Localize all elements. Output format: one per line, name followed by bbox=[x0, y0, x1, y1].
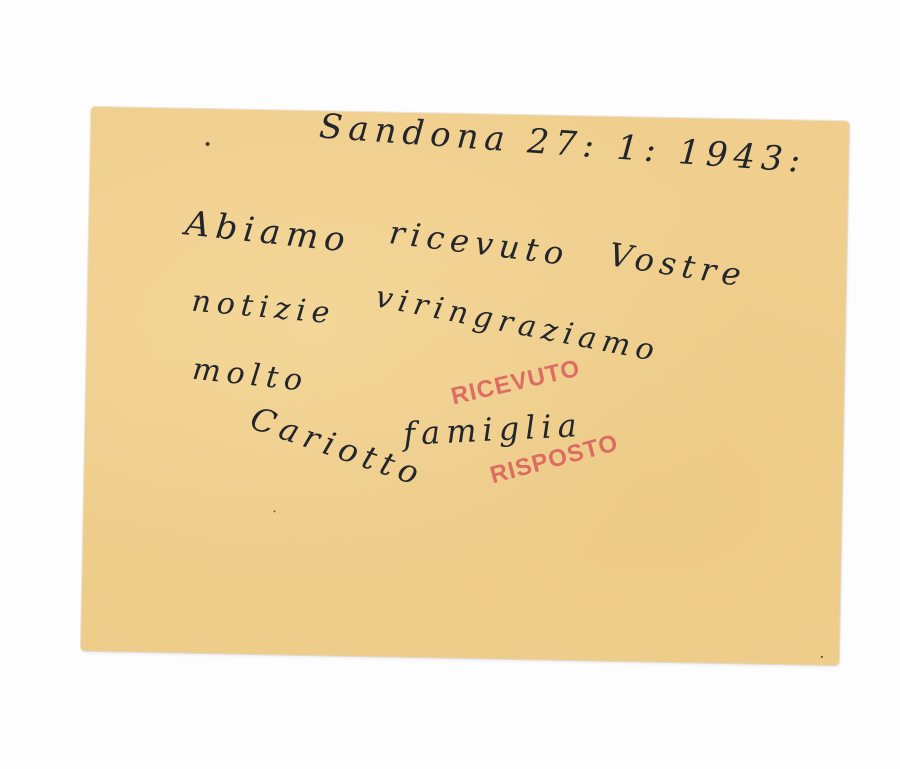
signature-surname: Cariotto bbox=[246, 399, 430, 494]
handwritten-word: notizie bbox=[190, 284, 337, 332]
handwritten-word: molto bbox=[191, 352, 310, 399]
ink-speck bbox=[821, 656, 823, 658]
handwritten-word: viringraziamo bbox=[373, 280, 663, 370]
scan-background: Sandona 27: 1: 1943: Abiamo ricevuto Vos… bbox=[0, 0, 900, 769]
handwritten-word: Abiamo bbox=[183, 203, 352, 260]
ink-speck bbox=[206, 142, 210, 146]
handwritten-word: Vostre bbox=[606, 235, 749, 294]
place-and-date: Sandona 27: 1: 1943: bbox=[318, 106, 808, 181]
postcard: Sandona 27: 1: 1943: Abiamo ricevuto Vos… bbox=[81, 107, 849, 665]
handwritten-word: ricevuto bbox=[387, 213, 572, 273]
received-stamp: RICEVUTO bbox=[449, 355, 584, 412]
ink-speck bbox=[274, 510, 276, 512]
